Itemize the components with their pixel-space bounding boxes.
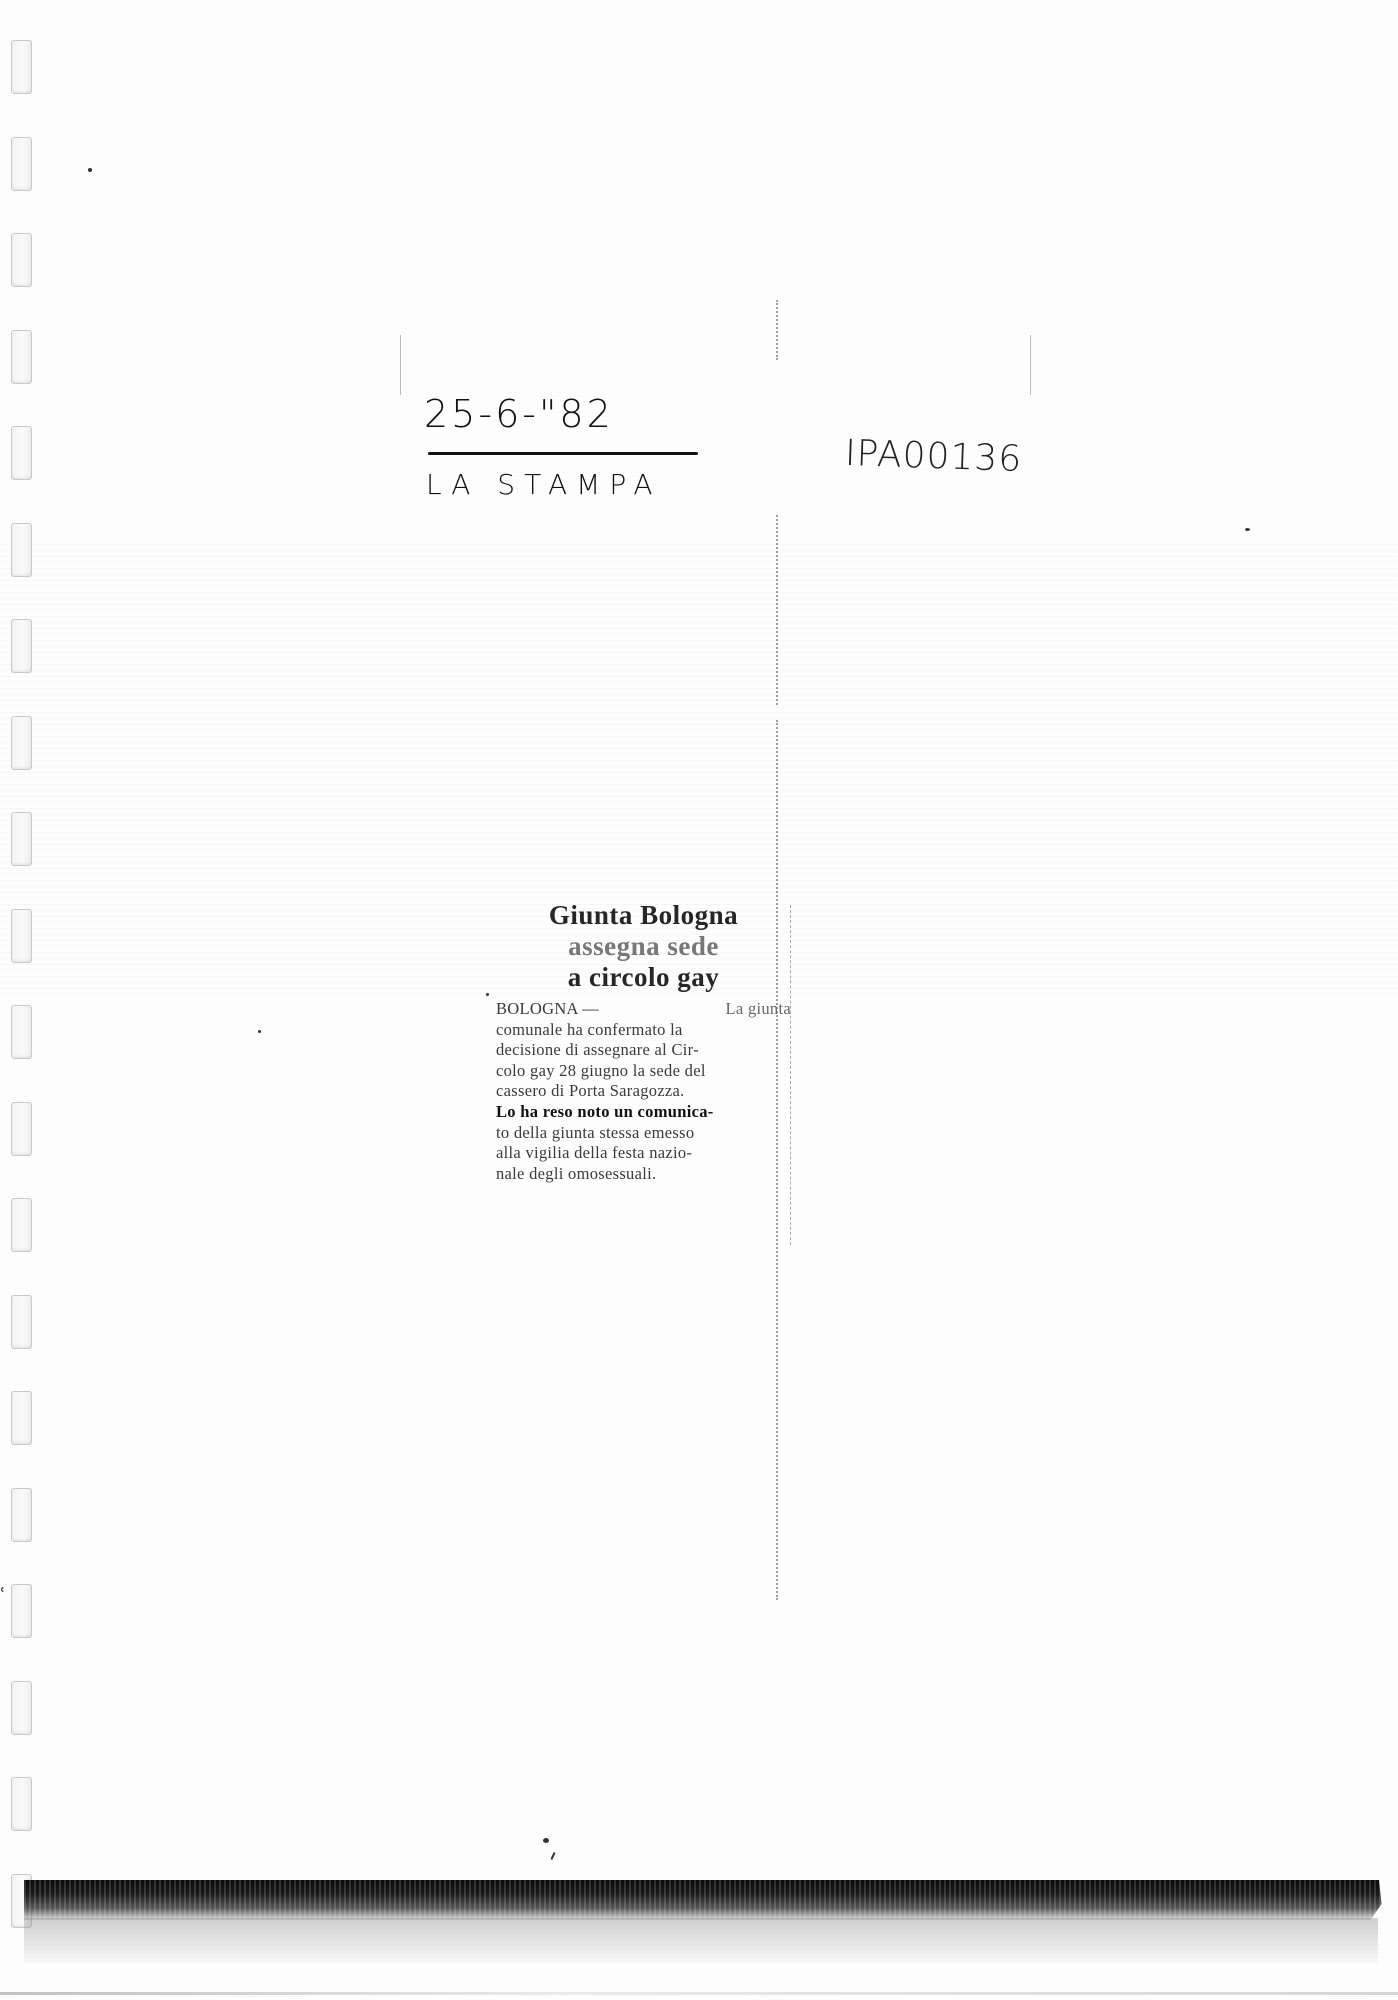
binder-hole [11, 1102, 32, 1156]
body-line: BOLOGNA — La giunta [496, 999, 791, 1020]
binder-hole [11, 716, 32, 770]
speck [1245, 528, 1250, 531]
handwritten-date: 25-6-"82 [424, 392, 614, 436]
body-line: to della giunta stessa emesso [496, 1123, 791, 1144]
binder-hole [11, 1777, 32, 1831]
scanner-shadow [24, 1880, 1398, 1920]
guide-mark [1030, 335, 1031, 395]
fold-crease [776, 515, 778, 705]
binder-hole [11, 812, 32, 866]
binder-hole [11, 330, 32, 384]
body-line: cassero di Porta Saragozza. [496, 1081, 791, 1102]
binder-hole [11, 137, 32, 191]
clipping-headline: Giunta Bologna assegna sede a circolo ga… [496, 900, 791, 993]
binder-hole [11, 1391, 32, 1445]
speck [88, 168, 92, 172]
body-line: Lo ha reso noto un comunica- [496, 1102, 791, 1123]
binder-hole [11, 523, 32, 577]
binder-hole [11, 1681, 32, 1735]
edge-mark: ʿ [0, 1585, 6, 1606]
body-line: nale degli omosessuali. [496, 1164, 791, 1185]
clipping-edge [790, 905, 791, 1245]
body-line: colo gay 28 giugno la sede del [496, 1061, 791, 1082]
headline-line: a circolo gay [496, 962, 791, 993]
speck [543, 1838, 549, 1843]
speck [486, 993, 489, 996]
binder-hole [11, 426, 32, 480]
binder-hole [11, 1198, 32, 1252]
headline-line: Giunta Bologna [496, 900, 791, 931]
newspaper-clipping: Giunta Bologna assegna sede a circolo ga… [496, 900, 791, 1184]
handwritten-catalog-id: IPA00136 [844, 433, 1022, 480]
binder-hole [11, 1295, 32, 1349]
body-line: decisione di assegnare al Cir- [496, 1040, 791, 1061]
binder-hole [11, 909, 32, 963]
scanned-page: 25-6-"82 LA STAMPA IPA00136 Giunta Bolog… [0, 0, 1398, 2000]
fold-crease [776, 300, 778, 360]
handwritten-underline [428, 452, 698, 455]
body-line: comunale ha confermato la [496, 1020, 791, 1041]
binder-hole [11, 1488, 32, 1542]
body-line: alla vigilia della festa nazio- [496, 1143, 791, 1164]
body-text: La giunta [726, 999, 791, 1020]
dateline: BOLOGNA — [496, 999, 599, 1018]
binder-hole [11, 233, 32, 287]
page-bottom-edge [0, 1992, 1398, 1995]
binder-hole [11, 619, 32, 673]
clipping-body: BOLOGNA — La giunta comunale ha conferma… [496, 999, 791, 1184]
handwritten-newspaper-name: LA STAMPA [426, 468, 662, 501]
speck [550, 1852, 555, 1860]
guide-mark [400, 335, 401, 395]
binder-hole [11, 1584, 32, 1638]
speck [258, 1030, 261, 1033]
scanner-shadow-fade [24, 1918, 1378, 1963]
binder-hole [11, 1005, 32, 1059]
binder-hole [11, 40, 32, 94]
headline-line: assegna sede [496, 931, 791, 962]
